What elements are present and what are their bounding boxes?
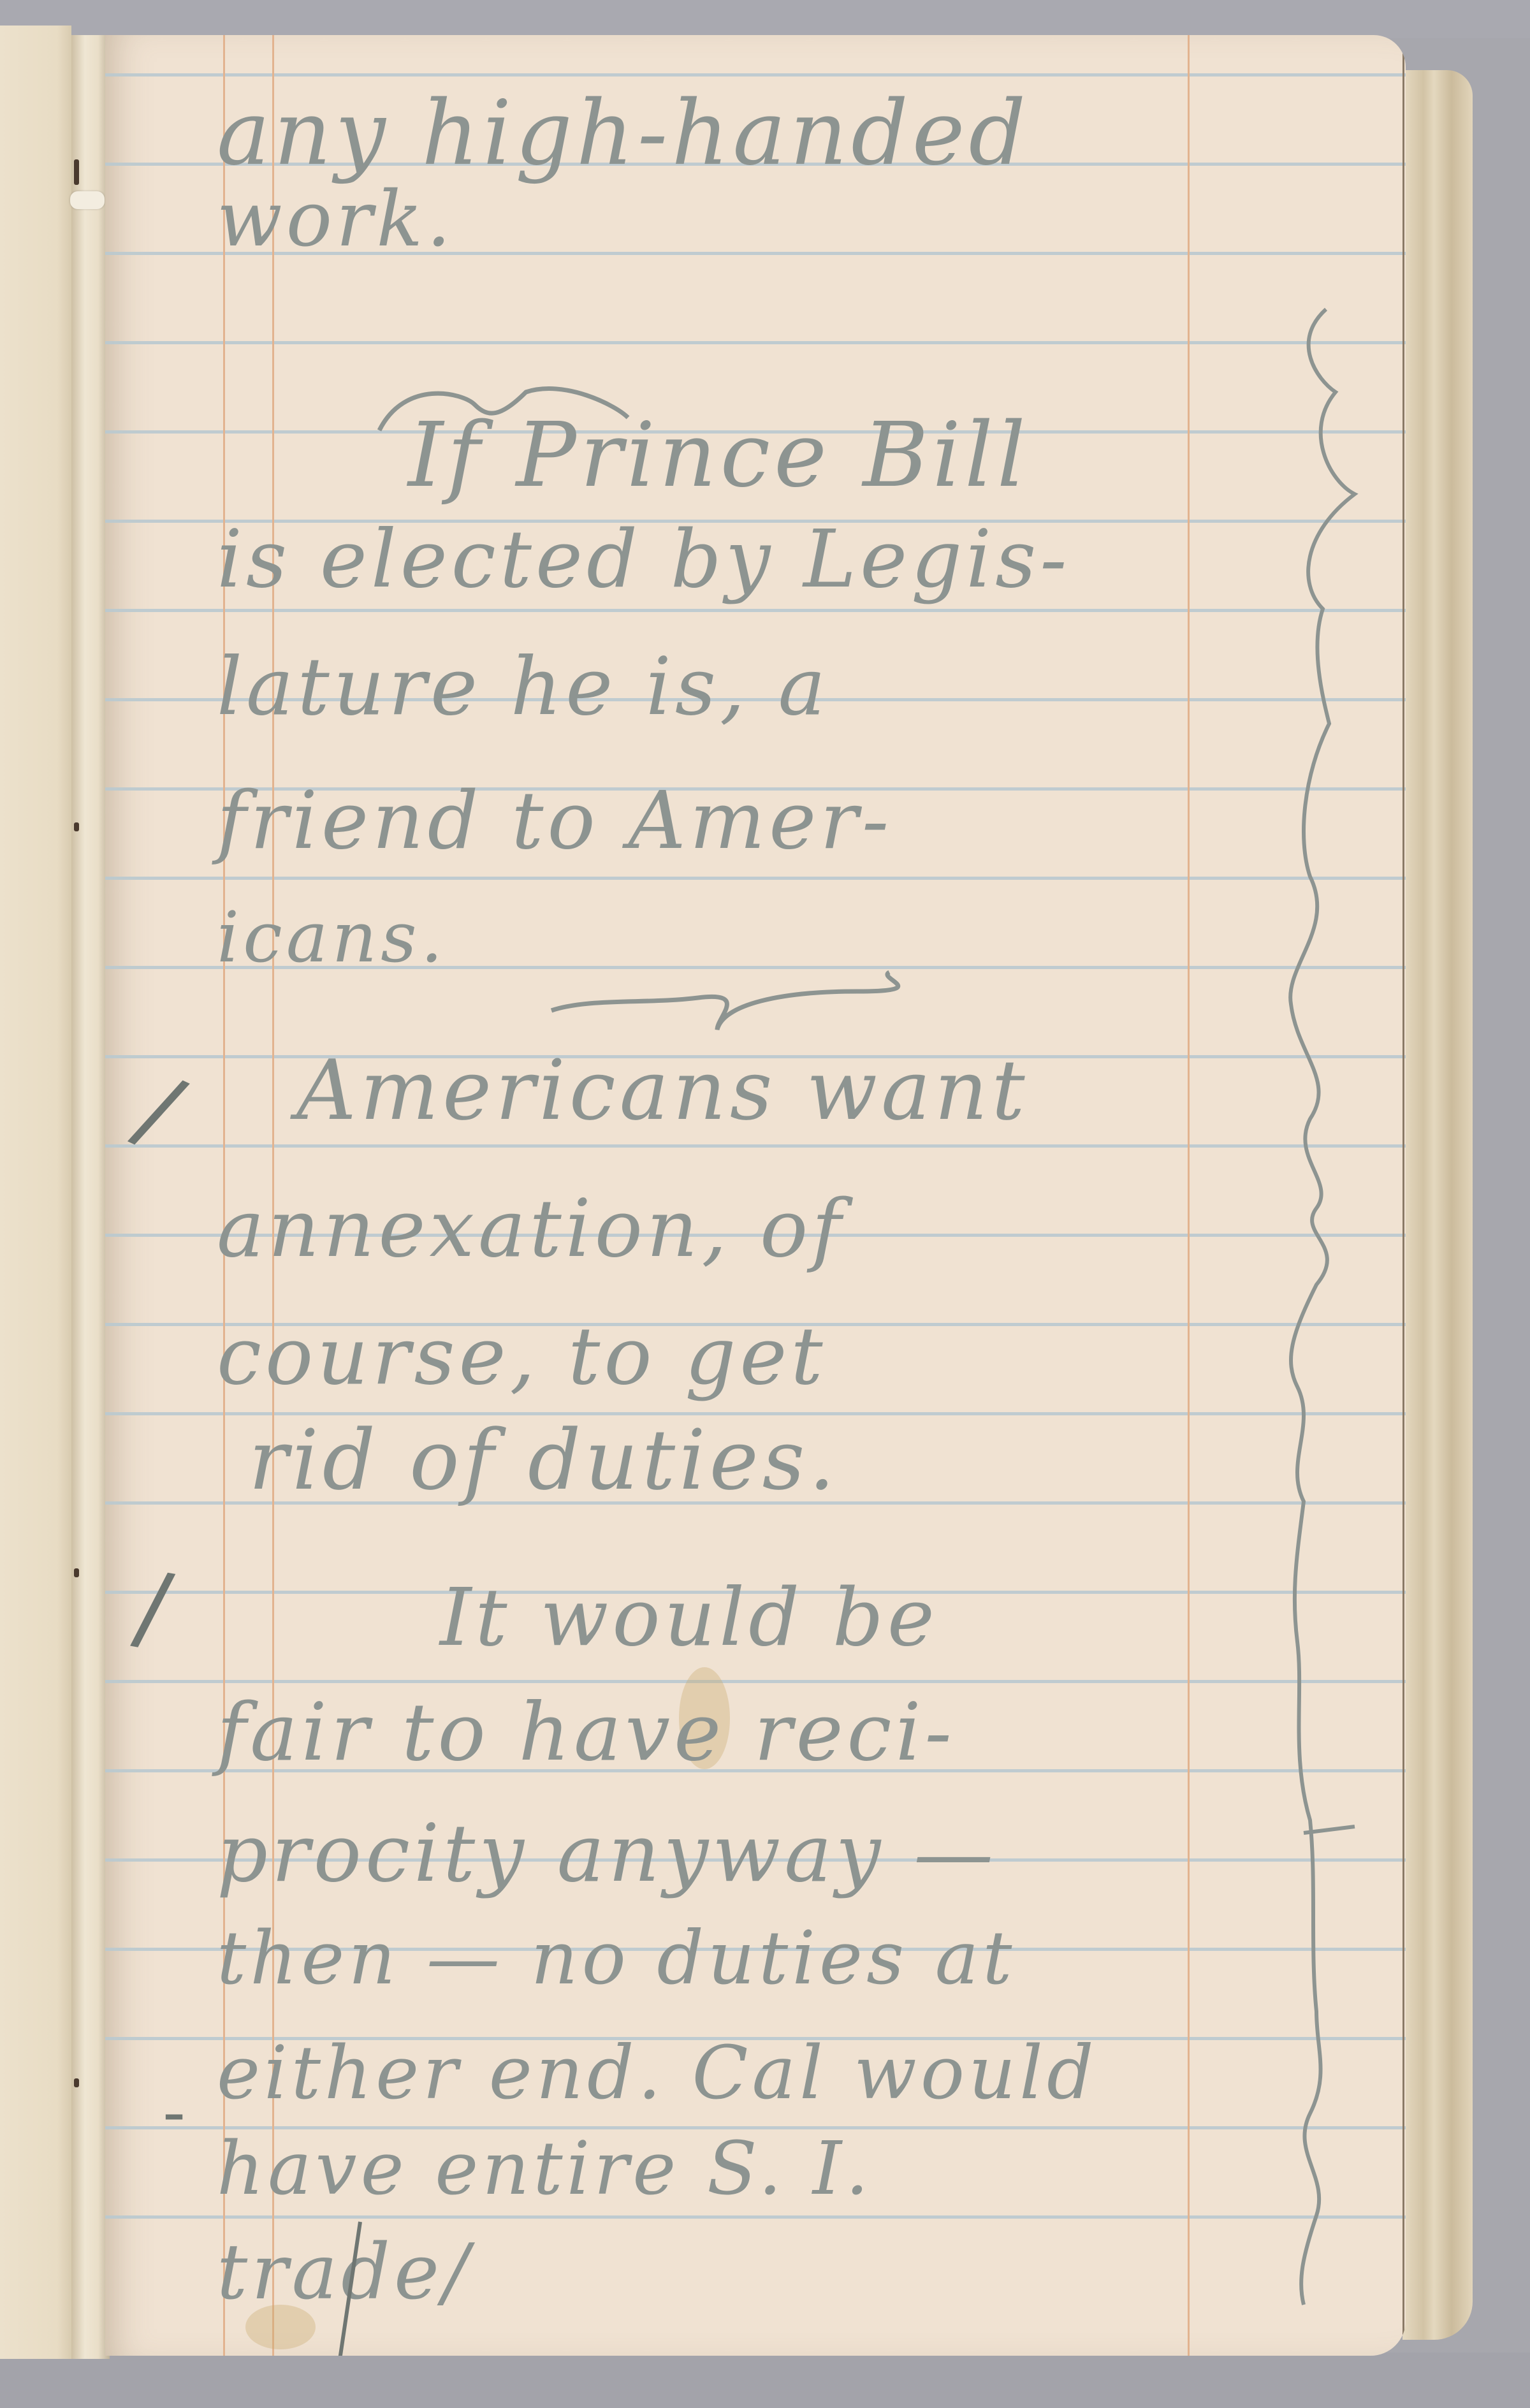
binding-hole bbox=[74, 822, 79, 831]
background-top bbox=[0, 0, 1530, 38]
page-stack-edge bbox=[1402, 70, 1473, 2340]
left-page-edge bbox=[0, 26, 71, 2359]
binding-thread bbox=[70, 191, 105, 209]
binding-gutter bbox=[71, 35, 110, 2359]
notebook-page: any high-handed work. If Prince Bill is … bbox=[105, 35, 1406, 2356]
pencil-strokes bbox=[105, 35, 1406, 2356]
background-bottom bbox=[0, 2353, 1530, 2408]
binding-hole bbox=[74, 159, 79, 185]
binding-hole bbox=[74, 2078, 79, 2087]
binding-hole bbox=[74, 1568, 79, 1577]
